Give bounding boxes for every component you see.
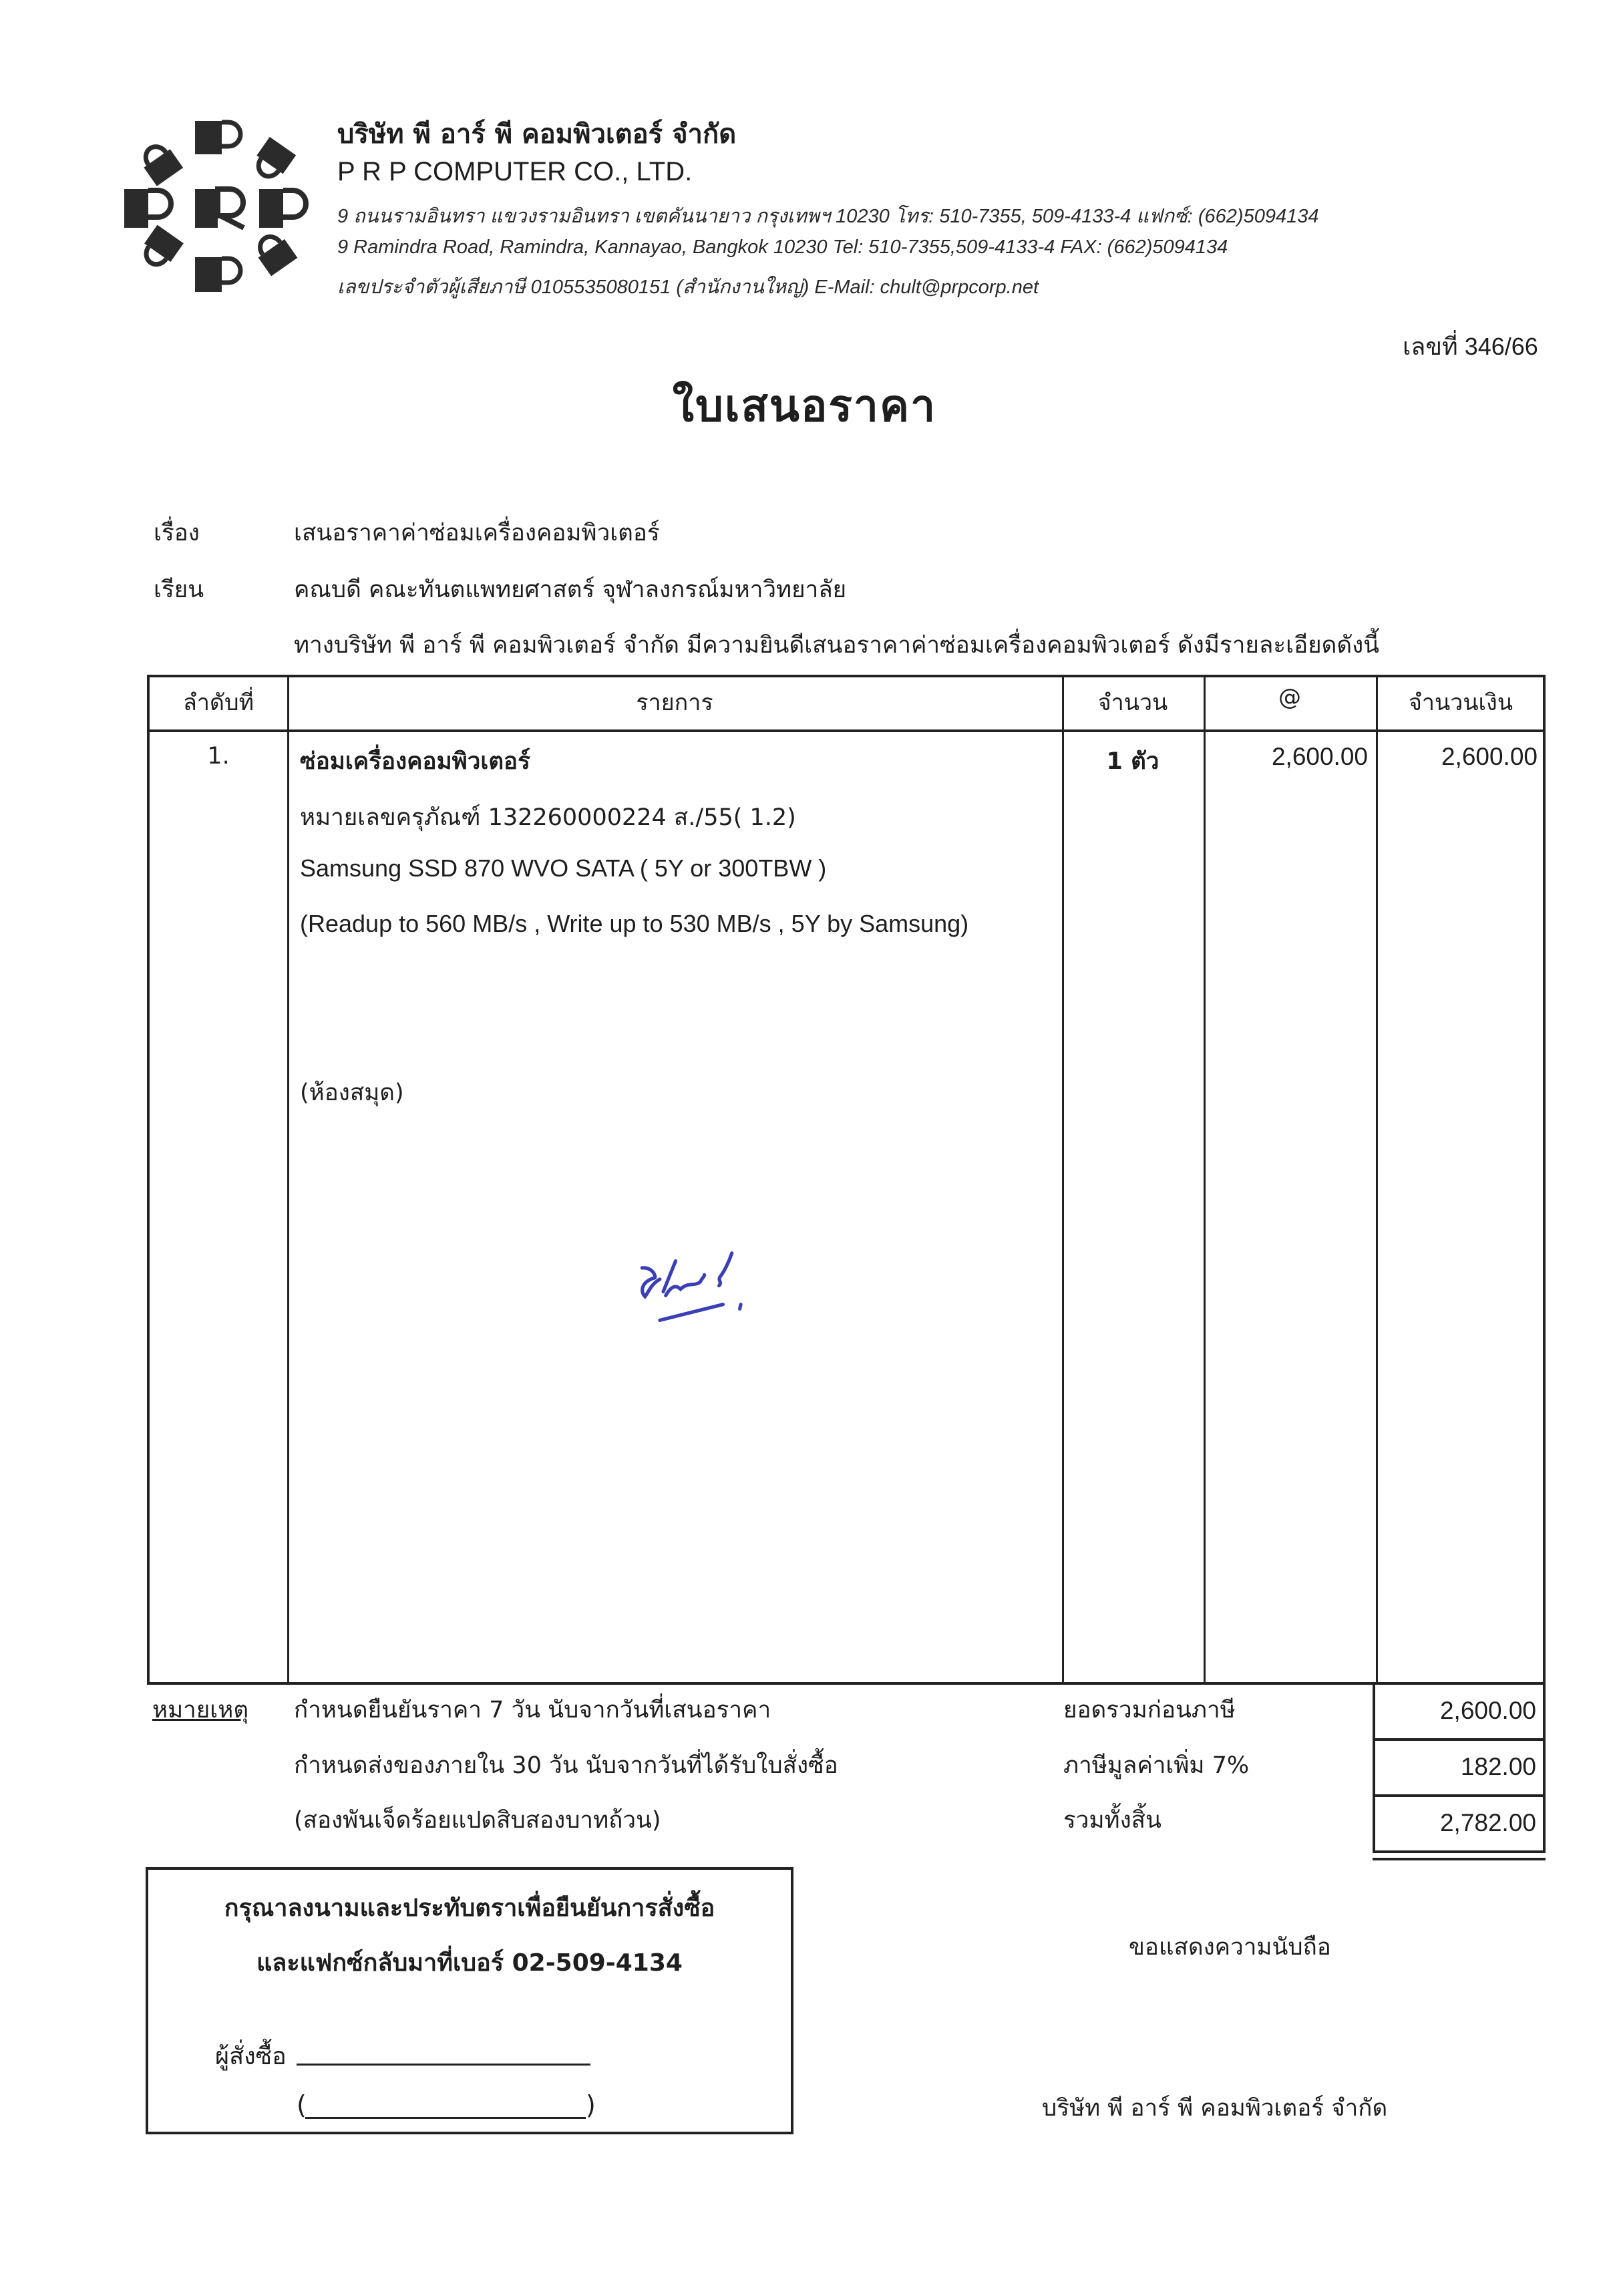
buyer-label: ผู้สั่งซื้อ <box>215 2037 287 2075</box>
subtotal-box: 2,600.00 <box>1373 1685 1546 1741</box>
item-amount: 2,600.00 <box>1376 743 1538 771</box>
header-unit-price: @ <box>1204 684 1376 711</box>
buyer-name-line[interactable] <box>305 2117 586 2119</box>
notes-label: หมายเหตุ <box>152 1691 248 1728</box>
company-name-thai: บริษัท พี อาร์ พี คอมพิวเตอร์ จำกัด <box>337 112 736 155</box>
grand-total-label: รวมทั้งสิ้น <box>1063 1802 1161 1838</box>
subtotal-label: ยอดรวมก่อนภาษี <box>1063 1691 1236 1728</box>
closing-company-name: บริษัท พี อาร์ พี คอมพิวเตอร์ จำกัด <box>1042 2090 1387 2126</box>
item-quantity: 1 ตัว <box>1062 743 1204 780</box>
header-divider <box>150 729 1543 732</box>
signature-mark <box>601 1222 775 1336</box>
subject-label: เรื่อง <box>154 514 200 551</box>
double-underline <box>1373 1858 1546 1860</box>
note-delivery-terms: กำหนดส่งของภายใน 30 วัน นับจากวันที่ได้ร… <box>294 1747 838 1784</box>
company-tax-email: เลขประจำตัวผู้เสียภาษี 0105535080151 (สำ… <box>337 271 1039 302</box>
note-amount-in-words: (สองพันเจ็ดร้อยแปดสิบสองบาทถ้วน) <box>294 1802 661 1838</box>
subject-value: เสนอราคาค่าซ่อมเครื่องคอมพิวเตอร์ <box>294 514 660 551</box>
item-detail-speed: (Readup to 560 MB/s , Write up to 530 MB… <box>300 910 968 938</box>
paren-open: ( <box>297 2090 307 2120</box>
column-divider <box>1376 677 1378 1682</box>
order-instruction-line2: และแฟกซ์กลับมาที่เบอร์ 02-509-4134 <box>148 1943 791 1981</box>
recipient-value: คณบดี คณะทันตแพทยศาสตร์ จุฬาลงกรณ์มหาวิท… <box>294 571 846 608</box>
header-quantity: จำนวน <box>1062 684 1204 720</box>
prp-logo-icon <box>120 117 321 297</box>
grand-total-value: 2,782.00 <box>1440 1809 1536 1837</box>
paren-close: ) <box>586 2090 596 2120</box>
subtotal-value: 2,600.00 <box>1440 1697 1536 1725</box>
grand-total-box: 2,782.00 <box>1373 1797 1546 1853</box>
intro-text: ทางบริษัท พี อาร์ พี คอมพิวเตอร์ จำกัด ม… <box>294 627 1379 663</box>
vat-label: ภาษีมูลค่าเพิ่ม 7% <box>1063 1747 1249 1784</box>
column-divider <box>1204 677 1206 1682</box>
vat-box: 182.00 <box>1373 1741 1546 1797</box>
item-asset-number: หมายเลขครุภัณฑ์ 132260000224 ส./55( 1.2) <box>300 799 796 836</box>
order-instruction-line1: กรุณาลงนามและประทับตราเพื่อยืนยันการสั่ง… <box>148 1889 791 1927</box>
items-table: ลำดับที่ รายการ จำนวน @ จำนวนเงิน 1. ซ่อ… <box>147 675 1546 1685</box>
recipient-label: เรียน <box>154 571 204 608</box>
buyer-signature-line[interactable] <box>297 2064 590 2066</box>
company-address-thai: 9 ถนนรามอินทรา แขวงรามอินทรา เขตคันนายาว… <box>337 200 1318 231</box>
company-name-english: P R P COMPUTER CO., LTD. <box>337 157 692 187</box>
vat-value: 182.00 <box>1461 1753 1536 1781</box>
header-description: รายการ <box>287 684 1062 720</box>
company-address-english: 9 Ramindra Road, Ramindra, Kannayao, Ban… <box>337 236 1228 259</box>
header-amount: จำนวนเงิน <box>1376 684 1546 720</box>
order-confirmation-box: กรุณาลงนามและประทับตราเพื่อยืนยันการสั่ง… <box>146 1867 793 2134</box>
item-title: ซ่อมเครื่องคอมพิวเตอร์ <box>300 743 530 780</box>
header-no: ลำดับที่ <box>150 684 287 720</box>
item-location: (ห้องสมุด) <box>300 1074 404 1111</box>
row-number: 1. <box>150 743 287 770</box>
column-divider <box>1062 677 1064 1682</box>
item-detail-model: Samsung SSD 870 WVO SATA ( 5Y or 300TBW … <box>300 854 826 882</box>
column-divider <box>287 677 289 1682</box>
closing-regards: ขอแสดงความนับถือ <box>1129 1929 1331 1965</box>
item-unit-price: 2,600.00 <box>1204 743 1368 771</box>
document-number: เลขที่ 346/66 <box>1403 327 1538 365</box>
document-title: ใบเสนอราคา <box>0 371 1609 441</box>
note-price-validity: กำหนดยืนยันราคา 7 วัน นับจากวันที่เสนอรา… <box>294 1691 771 1728</box>
